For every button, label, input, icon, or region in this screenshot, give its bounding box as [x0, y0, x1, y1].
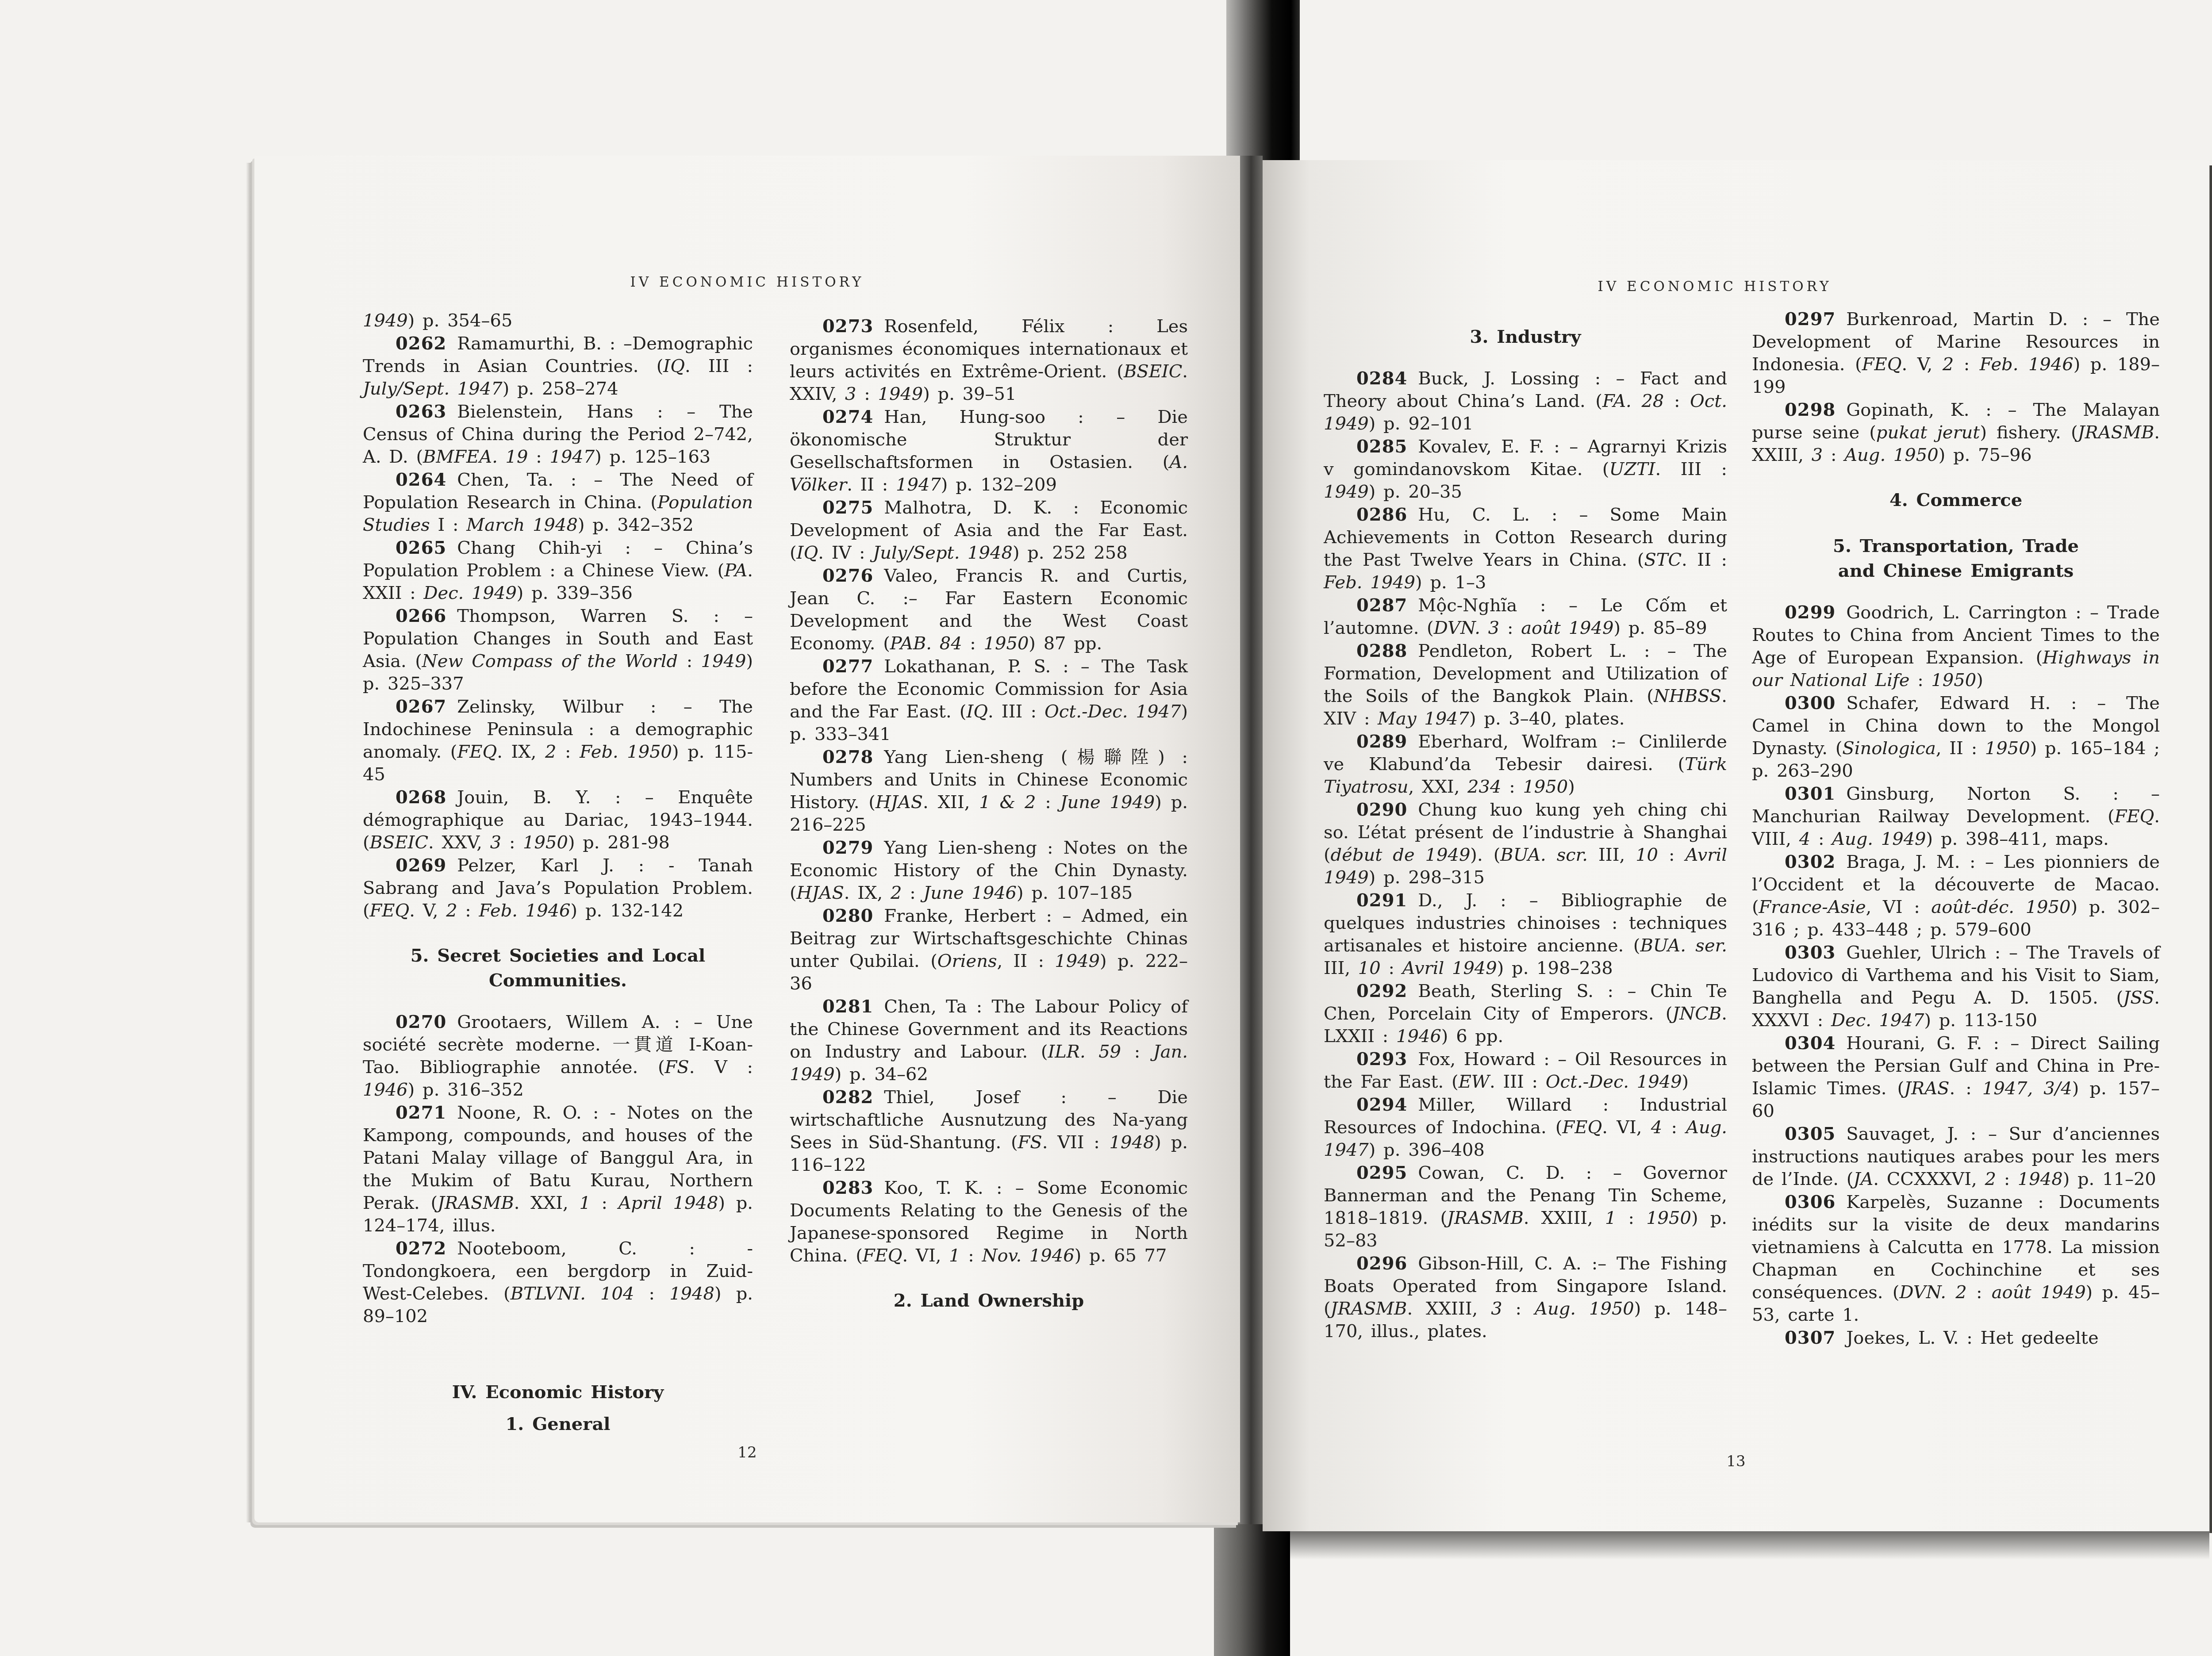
bib-entry: 0288Pendleton, Robert L. : – The Formati… [1324, 640, 1727, 730]
bib-entry: 0297Burkenroad, Martin D. : – The Develo… [1752, 308, 2160, 399]
entry-number: 0296 [1356, 1253, 1407, 1274]
section-heading: 1. General [380, 1412, 735, 1437]
bib-entry: 0275Malhotra, D. K. : Economic Developme… [790, 496, 1188, 564]
bib-entry: 0278Yang Lien-sheng (楊聯陞) : Numbers and … [790, 746, 1188, 836]
entry-number: 0265 [396, 537, 446, 558]
bib-entry: 0271Noone, R. O. : - Notes on the Kampon… [363, 1101, 753, 1237]
bib-entry: 0302Braga, J. M. : – Les pionniers de l’… [1752, 851, 2160, 941]
bib-entry: 0305Sauvaget, J. : – Sur d’anciennes ins… [1752, 1123, 2160, 1191]
entry-number: 0271 [396, 1102, 446, 1123]
entry-number: 0281 [822, 996, 873, 1017]
bib-entry: 0292Beath, Sterling S. : – Chin Te Chen,… [1324, 980, 1727, 1048]
bib-entry: 0262Ramamurthi, B. : –Demographic Trends… [363, 332, 753, 400]
entry-number: 0305 [1785, 1123, 1836, 1144]
bib-entry: 0296Gibson-Hill, C. A. :– The Fishing Bo… [1324, 1252, 1727, 1343]
bib-entry: 0303Guehler, Ulrich : – The Travels of L… [1752, 941, 2160, 1032]
bib-entry: 0280Franke, Herbert : – Admed, ein Beitr… [790, 905, 1188, 995]
entry-number: 0288 [1356, 640, 1407, 661]
section-heading: 5. Secret Societies and LocalCommunities… [380, 943, 735, 993]
entry-number: 0267 [396, 696, 446, 717]
section-heading: IV. Economic History [380, 1380, 735, 1405]
section-heading: 2. Land Ownership [807, 1288, 1170, 1313]
entry-number: 0291 [1356, 890, 1407, 911]
bib-entry: 0267Zelinsky, Wilbur : – The Indochinese… [363, 695, 753, 786]
entry-number: 0286 [1356, 504, 1407, 525]
bib-entry: 0289Eberhard, Wolfram :– Cinlilerde ve K… [1324, 730, 1727, 798]
entry-number: 0283 [822, 1177, 873, 1198]
bib-entry: 0294Miller, Willard : Industrial Resourc… [1324, 1093, 1727, 1161]
text-column: 3. Industry0284Buck, J. Lossing : – Fact… [1324, 323, 1727, 1343]
bib-entry: 0282Thiel, Josef : – Die wirtschaftliche… [790, 1086, 1188, 1177]
bib-entry: 0286Hu, C. L. : – Some Main Achievements… [1324, 503, 1727, 594]
entry-number: 0275 [822, 497, 873, 518]
bib-entry: 0293Fox, Howard : – Oil Resources in the… [1324, 1048, 1727, 1093]
entry-number: 0280 [822, 905, 873, 926]
book-fore-edge [2209, 165, 2212, 1533]
entry-number: 0262 [396, 333, 446, 354]
entry-number: 0274 [822, 406, 873, 427]
page-number: 12 [254, 1444, 1240, 1461]
entry-number: 0303 [1785, 942, 1836, 963]
bib-entry: 0273Rosenfeld, Félix : Les organismes éc… [790, 315, 1188, 406]
page-number: 13 [1263, 1453, 2209, 1470]
entry-number: 0272 [396, 1238, 446, 1259]
bib-entry: 0277Lokathanan, P. S. : – The Task befor… [790, 655, 1188, 746]
entry-number: 0302 [1785, 851, 1836, 872]
entry-number: 0298 [1785, 399, 1836, 420]
bib-entry: 0269Pelzer, Karl J. : - Tanah Sabrang an… [363, 854, 753, 922]
book-gutter [1237, 156, 1263, 1524]
entry-number: 0289 [1356, 731, 1407, 752]
entry-number: 0290 [1356, 799, 1407, 820]
left-page: IV ECONOMIC HISTORY 1949) p. 354–650262R… [254, 156, 1240, 1522]
entry-number: 0307 [1785, 1327, 1836, 1348]
entry-number: 0292 [1356, 981, 1407, 1001]
bib-entry: 0301Ginsburg, Norton S. : – Manchurian R… [1752, 782, 2160, 851]
bib-entry: 0287Mộc-Nghĩa : – Le Cốm et l’automne. (… [1324, 594, 1727, 640]
entry-number: 0277 [822, 656, 873, 677]
entry-number: 0306 [1785, 1192, 1836, 1212]
bib-entry: 0306Karpelès, Suzanne : Documents inédit… [1752, 1191, 2160, 1326]
bib-entry: 0279Yang Lien-sheng : Notes on the Econo… [790, 836, 1188, 905]
bib-entry: 0295Cowan, C. D. : – Governor Bannerman … [1324, 1161, 1727, 1252]
bib-entry: 0276Valeo, Francis R. and Curtis, Jean C… [790, 564, 1188, 655]
entry-number: 0300 [1785, 693, 1836, 713]
text-column: 0273Rosenfeld, Félix : Les organismes éc… [790, 315, 1188, 1331]
left-page-stack-edge [246, 163, 254, 1522]
entry-number: 0295 [1356, 1162, 1407, 1183]
bib-entry: 0274Han, Hung-soo : – Die ökonomische St… [790, 406, 1188, 496]
book-spine-top [1226, 0, 1300, 165]
entry-number: 0264 [396, 469, 446, 490]
bib-entry: 0300Schafer, Edward H. : – The Camel in … [1752, 692, 2160, 782]
entry-number: 0266 [396, 606, 446, 626]
bib-entry: 0299Goodrich, L. Carrington : – Trade Ro… [1752, 601, 2160, 692]
running-header: IV ECONOMIC HISTORY [1241, 279, 2188, 295]
entry-number: 0282 [822, 1087, 873, 1108]
bib-entry: 0284Buck, J. Lossing : – Fact and Theory… [1324, 367, 1727, 435]
entry-number: 0297 [1785, 309, 1836, 330]
bib-entry: 0264Chen, Ta. : – The Need of Population… [363, 468, 753, 537]
entry-number: 0299 [1785, 602, 1836, 623]
bib-entry: 0272Nooteboom, C. : - Tondongkoera, een … [363, 1237, 753, 1328]
bib-entry: 0290Chung kuo kung yeh ching chi so. L’é… [1324, 798, 1727, 889]
entry-number: 0279 [822, 837, 873, 858]
entry-number: 0304 [1785, 1033, 1836, 1054]
book-spine-bottom [1214, 1516, 1290, 1656]
text-column: 1949) p. 354–650262Ramamurthi, B. : –Dem… [363, 310, 753, 1454]
text-column: 0297Burkenroad, Martin D. : – The Develo… [1752, 308, 2160, 1349]
bib-entry: 0298Gopinath, K. : – The Malayan purse s… [1752, 399, 2160, 467]
bib-entry: 0281Chen, Ta : The Labour Policy of the … [790, 995, 1188, 1086]
entry-number: 0284 [1356, 368, 1407, 389]
bib-entry-continuation: 1949) p. 354–65 [363, 310, 753, 332]
book-scan-photo: { "page_left": { "header": "IV ECONOMIC … [0, 0, 2212, 1656]
bib-entry: 0283Koo, T. K. : – Some Economic Documen… [790, 1177, 1188, 1267]
page-bottom-shadow [1290, 1531, 2209, 1560]
bib-entry: 0266Thompson, Warren S. : – Population C… [363, 605, 753, 695]
entry-number: 0278 [822, 747, 873, 767]
bib-entry: 0270Grootaers, Willem A. : – Une société… [363, 1011, 753, 1101]
bib-entry: 0291D., J. : – Bibliographie de quelques… [1324, 889, 1727, 980]
bib-entry: 0265Chang Chih-yi : – China’s Population… [363, 537, 753, 605]
entry-number: 0294 [1356, 1094, 1407, 1115]
entry-number: 0287 [1356, 595, 1407, 616]
entry-number: 0269 [396, 855, 446, 876]
right-page: IV ECONOMIC HISTORY 3. Industry0284Buck,… [1263, 160, 2209, 1531]
entry-number: 0293 [1356, 1049, 1407, 1069]
bib-entry: 0263Bielenstein, Hans : – The Census of … [363, 400, 753, 468]
entry-number: 0285 [1356, 436, 1407, 457]
bib-entry: 0268Jouin, B. Y. : – Enquête démographiq… [363, 786, 753, 854]
entry-number: 0273 [822, 316, 873, 337]
entry-number: 0276 [822, 565, 873, 586]
entry-number: 0301 [1785, 783, 1836, 804]
bib-entry: 0304Hourani, G. F. : – Direct Sailing be… [1752, 1032, 2160, 1123]
entry-number: 0268 [396, 787, 446, 808]
section-heading: 4. Commerce [1770, 488, 2142, 513]
bib-entry: 0307Joekes, L. V. : Het gedeelte [1752, 1326, 2160, 1349]
bib-entry: 0285Kovalev, E. F. : – Agrarnyi Krizis v… [1324, 435, 1727, 503]
entry-number: 0263 [396, 401, 446, 422]
running-header: IV ECONOMIC HISTORY [254, 274, 1240, 290]
section-heading: 3. Industry [1341, 325, 1709, 349]
entry-number: 0270 [396, 1012, 446, 1032]
section-heading: 5. Transportation, Tradeand Chinese Emig… [1770, 534, 2142, 583]
